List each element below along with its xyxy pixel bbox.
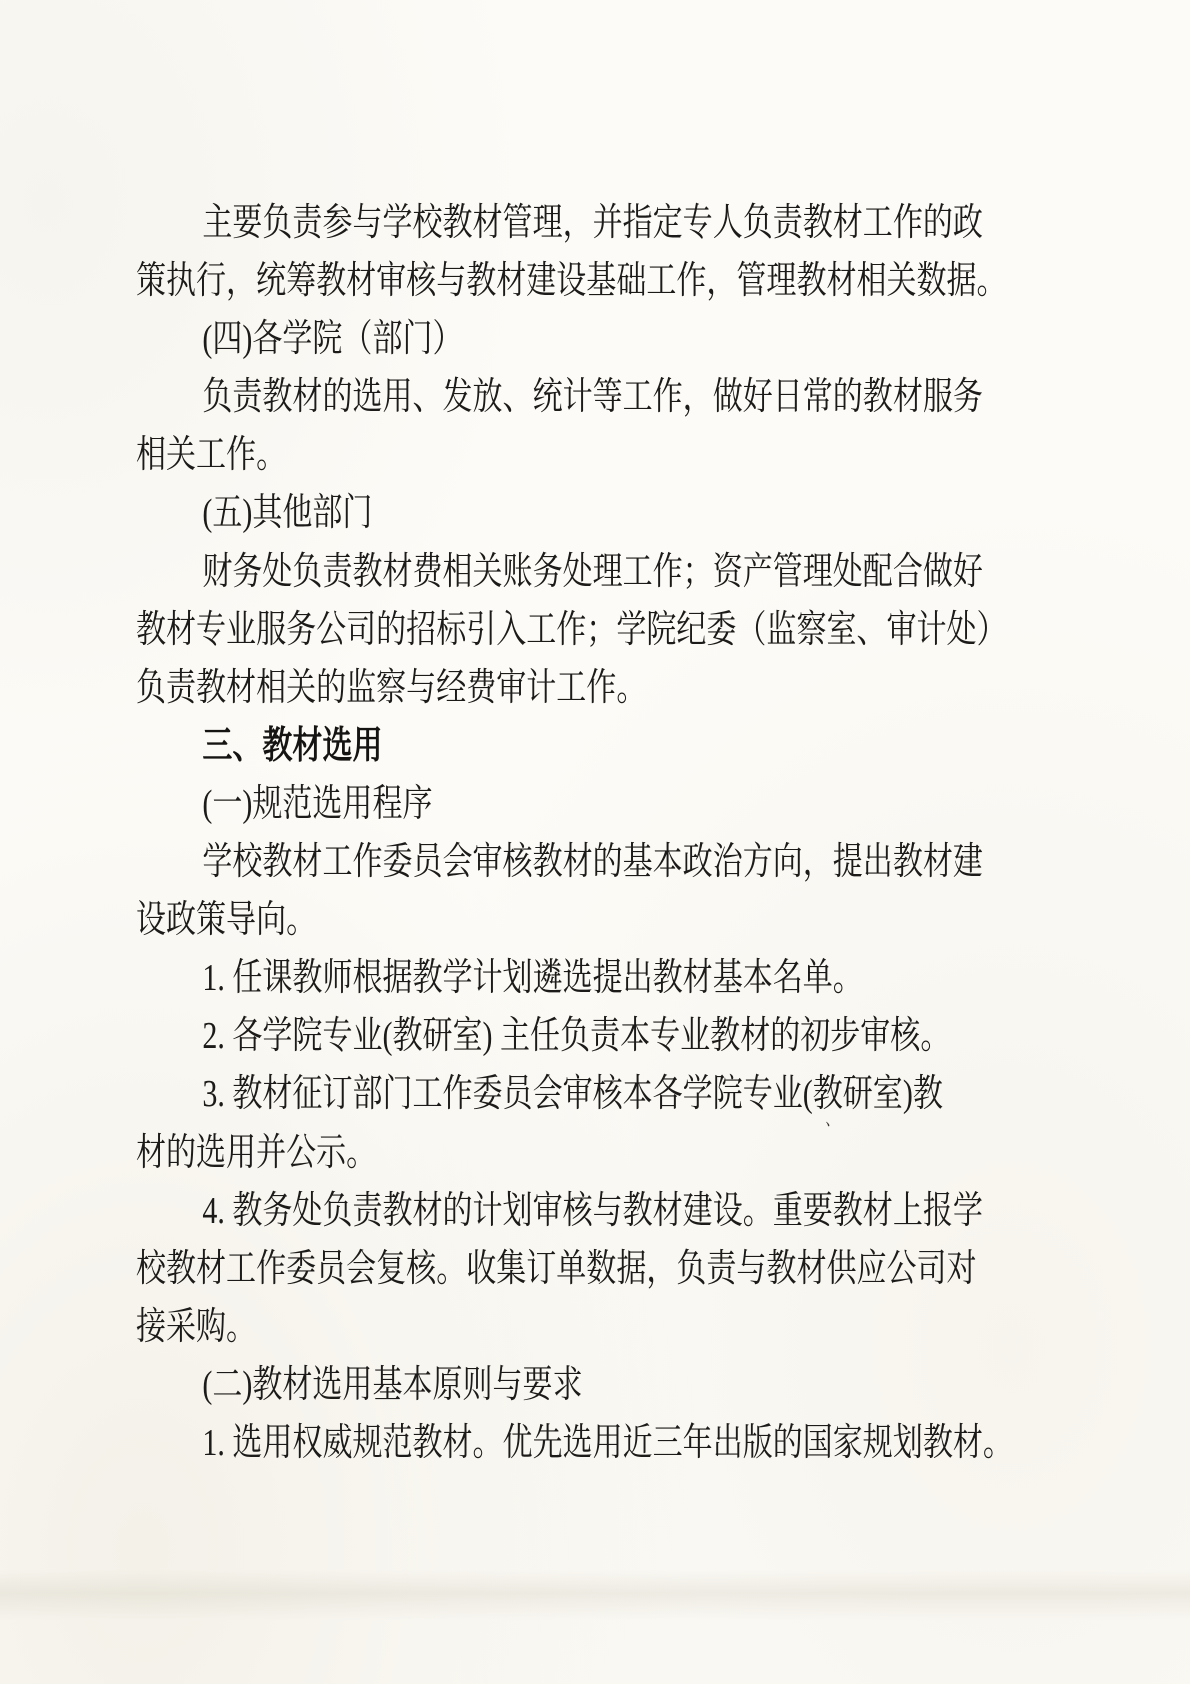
text-line: 1. 选用权威规范教材。优先选用近三年出版的国家规划教材。 [136,1414,926,1472]
text-line: 材的选用并公示。 [136,1124,926,1182]
text-line: 学校教材工作委员会审核教材的基本政治方向，提出教材建 [136,833,926,891]
text-line: 主要负责参与学校教材管理，并指定专人负责教材工作的政 [136,194,926,252]
text-line: 接采购。 [136,1298,926,1356]
document-text-block: 主要负责参与学校教材管理，并指定专人负责教材工作的政策执行，统筹教材审核与教材建… [136,194,1136,1472]
text-line: 财务处负责教材费相关账务处理工作；资产管理处配合做好 [136,543,926,601]
text-line: 相关工作。 [136,426,926,484]
document-page: 主要负责参与学校教材管理，并指定专人负责教材工作的政策执行，统筹教材审核与教材建… [0,0,1190,1684]
text-line: 教材专业服务公司的招标引入工作；学院纪委（监察室、审计处） [136,601,926,659]
text-line: (一)规范选用程序 [136,775,926,833]
text-line: 设政策导向。 [136,891,926,949]
text-line: (二)教材选用基本原则与要求 [136,1356,926,1414]
text-line: 负责教材的选用、发放、统计等工作，做好日常的教材服务 [136,368,926,426]
text-line: (四)各学院（部门） [136,310,926,368]
text-line: 3. 教材征订部门工作委员会审核本各学院专业(教研室)教 [136,1065,926,1123]
text-line: 校教材工作委员会复核。收集订单数据，负责与教材供应公司对 [136,1240,926,1298]
text-line: 三、教材选用 [136,717,926,775]
text-line: (五)其他部门 [136,484,926,542]
text-line: 负责教材相关的监察与经费审计工作。 [136,659,926,717]
text-line: 1. 任课教师根据教学计划遴选提出教材基本名单。 [136,949,926,1007]
text-line: 4. 教务处负责教材的计划审核与教材建设。重要教材上报学 [136,1182,926,1240]
text-line: 2. 各学院专业(教研室) 主任负责本专业教材的初步审核。 [136,1007,926,1065]
text-line: 策执行，统筹教材审核与教材建设基础工作，管理教材相关数据。 [136,252,926,310]
